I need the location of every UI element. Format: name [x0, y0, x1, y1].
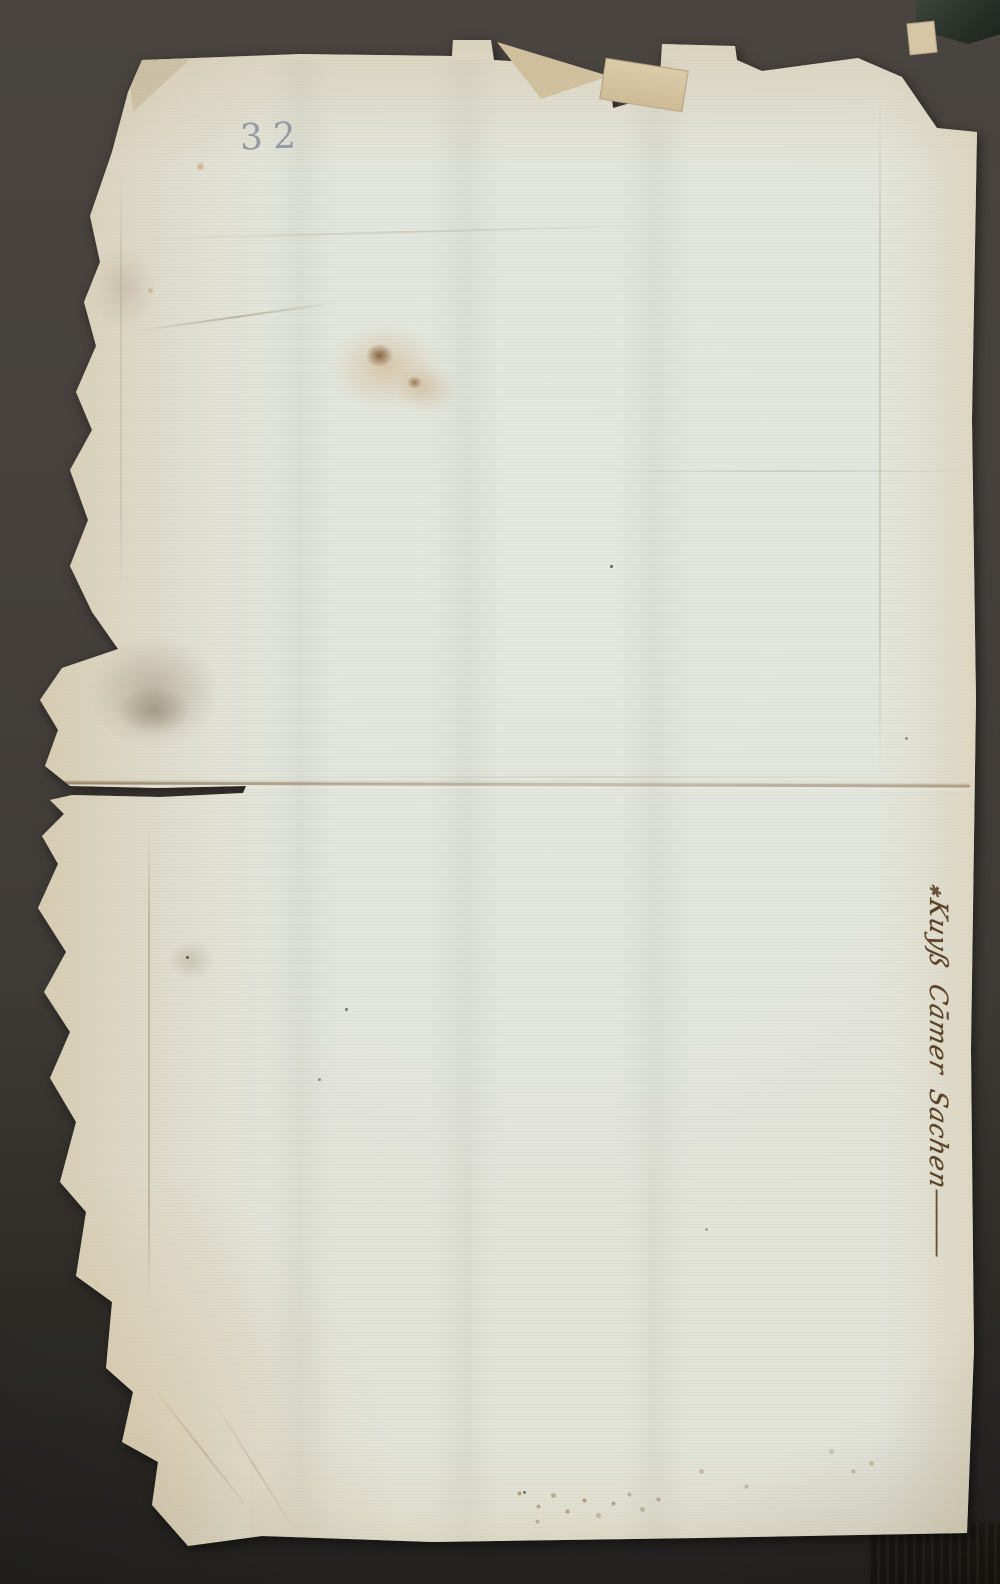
crease — [148, 828, 150, 1298]
handwritten-annotation: ✱Kuyß Cāmer Sachen——— — [911, 884, 953, 1176]
stain — [407, 376, 422, 389]
paper-tab — [906, 21, 937, 56]
aged-edge-right — [880, 40, 985, 1540]
foxing-dot — [147, 287, 154, 294]
smudge — [93, 246, 155, 330]
fold-shadow — [250, 776, 950, 778]
crease — [879, 95, 881, 775]
smudge — [168, 940, 214, 980]
foxing-dot — [196, 162, 205, 171]
ink-specks — [0, 0, 3, 3]
paper-tone-band — [620, 60, 690, 1540]
manuscript-page-wrap: 32 ✱Kuyß Cāmer Sachen——— — [0, 0, 1000, 1584]
manuscript-page: 32 ✱Kuyß Cāmer Sachen——— — [0, 0, 1000, 1584]
stain — [366, 344, 393, 367]
page-number-pencil: 32 — [239, 114, 330, 158]
paper-tone-band — [430, 60, 500, 1540]
scan-backdrop: 32 ✱Kuyß Cāmer Sachen——— — [0, 0, 1000, 1584]
crease — [600, 470, 975, 472]
aged-edge-bottom — [250, 1440, 970, 1550]
stain — [394, 363, 456, 415]
annotation-text: Kuyß Cāmer Sachen — [924, 896, 953, 1193]
foxing-speckles — [0, 0, 3, 3]
crease — [120, 170, 122, 590]
annotation-flourish: ——— — [924, 1185, 953, 1258]
smudge — [118, 688, 190, 734]
